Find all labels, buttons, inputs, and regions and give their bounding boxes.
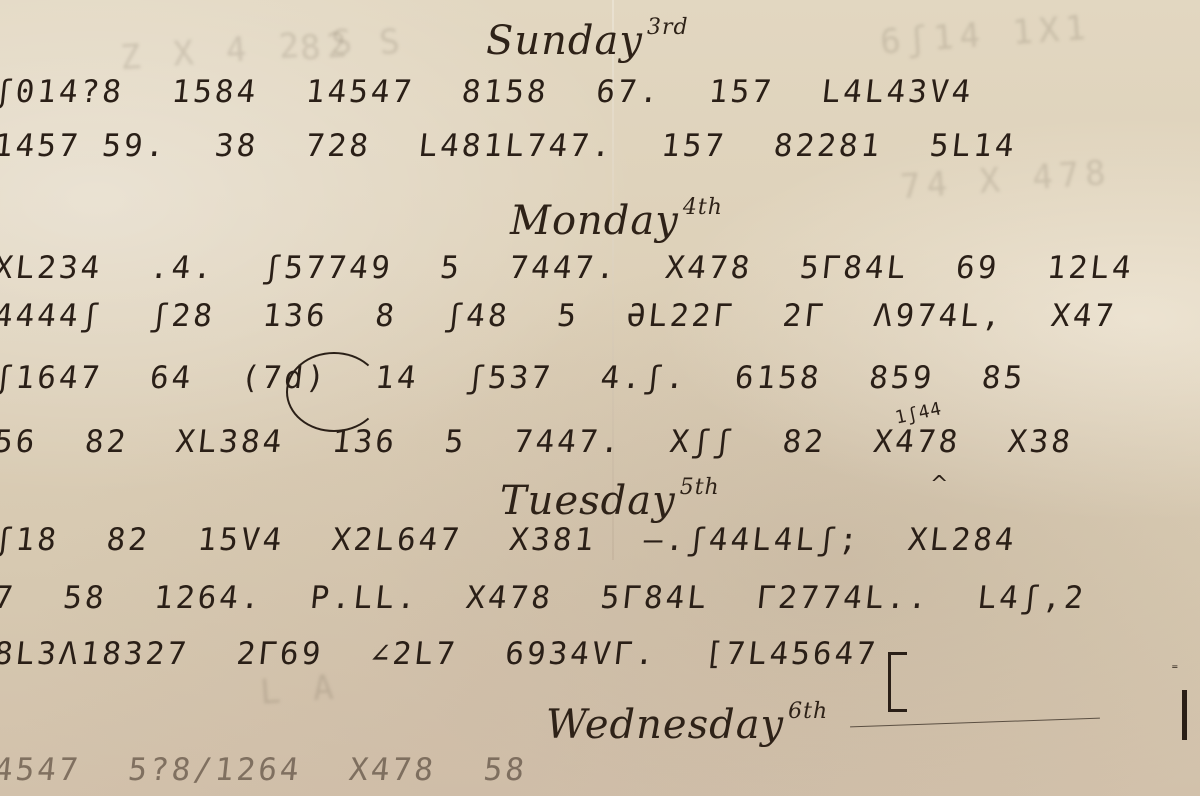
day-name: Sunday (486, 18, 643, 64)
cipher-group: 2Γ (781, 298, 828, 334)
bracket-mark (1182, 690, 1199, 740)
cipher-group: 136 (261, 298, 330, 334)
cipher-group: 67. (594, 74, 663, 110)
cipher-group: 4444ʃ (0, 298, 104, 334)
bracket-mark (888, 652, 907, 712)
cipher-group: XL384 (174, 424, 286, 460)
circled-annotation (286, 352, 382, 432)
cipher-group: X47 (1049, 298, 1118, 334)
cipher-group: 1264. (152, 580, 264, 616)
cipher-group: .4. (148, 250, 217, 286)
cipher-group: —.ʃ44L4Lʃ; (642, 522, 862, 558)
cipher-line: 4444ʃ ʃ28 136 8 ʃ48 5 ƏL22Γ 2Γ Λ974L, X4… (0, 298, 1144, 334)
cipher-group: 64 (148, 360, 195, 396)
cipher-group: 1584 (170, 74, 260, 110)
cipher-group: ʃ18 (0, 522, 61, 558)
cipher-group: L4L43V4 (820, 74, 975, 110)
cipher-group: X478 (464, 580, 554, 616)
cipher-group: XL284 (906, 522, 1018, 558)
cipher-group: [7L45647 (703, 636, 880, 672)
cipher-group: X2L647 (330, 522, 464, 558)
day-name: Monday (510, 198, 679, 244)
cipher-group: 4.ʃ. (599, 360, 689, 396)
cipher-line: 1457 59. 38 728 L481L747. 157 82281 5L14 (0, 128, 1045, 164)
cipher-group: 58 (482, 752, 529, 788)
cipher-group: 85 (980, 360, 1027, 396)
cipher-group: 5 (443, 424, 468, 460)
cipher-group: 82 (105, 522, 152, 558)
cipher-group: 82281 (772, 128, 884, 164)
margin-mark: ⁼ (1170, 660, 1180, 679)
cipher-group: 5L14 (928, 128, 1018, 164)
entry-heading-tuesday: Tuesday5th (500, 478, 720, 524)
cipher-group: 6934VΓ. (503, 636, 658, 672)
entry-heading-monday: Monday4th (510, 198, 723, 244)
manuscript-page: Z X 4 2 S 6ʃ14 1X1 74 X 478 82 S L A Sun… (0, 0, 1200, 796)
cipher-group: 5 (555, 298, 580, 334)
cipher-group: 69 (954, 250, 1001, 286)
bleed-through-mark: 82 S (299, 21, 407, 68)
cipher-group: 1457 59. (0, 128, 169, 164)
cipher-group: X478 (347, 752, 437, 788)
cipher-group: ʃ28 (148, 298, 217, 334)
day-ordinal: 5th (680, 475, 720, 500)
bleed-through-mark: L A (259, 667, 341, 712)
cipher-line: ʃ1647 64 (7d) 14 ʃ537 4.ʃ. 6158 859 85 (0, 360, 1053, 396)
day-ordinal: 6th (788, 699, 828, 724)
cipher-group: X38 (1006, 424, 1075, 460)
cipher-group: X381 (508, 522, 598, 558)
cipher-group: ∠2L7 (369, 636, 459, 672)
cipher-group: 728 (304, 128, 373, 164)
cipher-line: ʃ18 82 15V4 X2L647 X381 —.ʃ44L4Lʃ; XL284 (0, 522, 1045, 558)
cipher-group: 5 (438, 250, 463, 286)
cipher-group: 8 (373, 298, 398, 334)
cipher-group: X478 (872, 424, 962, 460)
cipher-group: L481L747. (417, 128, 616, 164)
cipher-group: XL234 (0, 250, 104, 286)
cipher-group: P.LL. (308, 580, 420, 616)
cipher-group: 7447. (508, 250, 620, 286)
cipher-group: 14547 (304, 74, 416, 110)
cipher-group: ʃ1647 (0, 360, 104, 396)
cipher-group: 136 (330, 424, 399, 460)
cipher-group: X478 (664, 250, 754, 286)
cipher-group: 2Γ69 (235, 636, 325, 672)
cipher-group: Xʃʃ (668, 424, 737, 460)
cipher-group: 38 (213, 128, 260, 164)
cipher-group: 5?8/1264 (126, 752, 303, 788)
cipher-line: ʃ014?8 1584 14547 8158 67. 157 L4L43V4 (0, 74, 1001, 110)
cipher-group: 58 (61, 580, 108, 616)
cipher-group: L4ʃ,2 (976, 580, 1088, 616)
cipher-group: 15V4 (196, 522, 286, 558)
cipher-line: 56 82 XL384 136 5 7447. Xʃʃ 82 X478 X38 (0, 424, 1101, 460)
cipher-group: 4547 (0, 752, 83, 788)
cipher-group: 157 (659, 128, 728, 164)
cipher-group: 5Γ84L (798, 250, 910, 286)
day-ordinal: 3rd (647, 15, 689, 40)
cipher-group: 8L3Λ18327 (0, 636, 191, 672)
cipher-group: 12L4 (1045, 250, 1135, 286)
cipher-line: 4547 5?8/1264 X478 58 (0, 752, 555, 788)
day-name: Tuesday (500, 478, 676, 524)
cipher-group: 5Γ84L (599, 580, 711, 616)
cipher-group: 56 (0, 424, 39, 460)
bleed-through-mark: 6ʃ14 1X1 (879, 8, 1093, 63)
cipher-group: ʃ014?8 (0, 74, 126, 110)
cipher-group: ʃ537 (464, 360, 554, 396)
cipher-group: 6158 (733, 360, 823, 396)
cipher-group: 859 (867, 360, 936, 396)
cipher-group: 82 (83, 424, 130, 460)
cipher-group: 157 (707, 74, 776, 110)
cipher-group: 7 (0, 580, 18, 616)
entry-heading-sunday: Sunday3rd (486, 18, 689, 64)
insertion-caret-icon: ^ (930, 472, 948, 497)
cipher-group: ƏL22Γ (625, 298, 737, 334)
underline-stroke (850, 718, 1100, 728)
cipher-group: ʃ57749 (261, 250, 395, 286)
cipher-group: 7447. (512, 424, 624, 460)
entry-heading-wednesday: Wednesday6th (546, 702, 828, 748)
cipher-line: 7 58 1264. P.LL. X478 5Γ84L Γ2774L.. L4ʃ… (0, 580, 1114, 616)
cipher-group: ʃ48 (443, 298, 512, 334)
cipher-group: Λ974L, (872, 298, 1006, 334)
cipher-group: Γ2774L.. (755, 580, 932, 616)
day-name: Wednesday (546, 702, 784, 748)
cipher-group: 82 (781, 424, 828, 460)
day-ordinal: 4th (683, 195, 723, 220)
cipher-group: 8158 (460, 74, 550, 110)
cipher-line: XL234 .4. ʃ57749 5 7447. X478 5Γ84L 69 1… (0, 250, 1162, 286)
cipher-line: 8L3Λ18327 2Γ69 ∠2L7 6934VΓ. [7L45647 (0, 636, 906, 672)
